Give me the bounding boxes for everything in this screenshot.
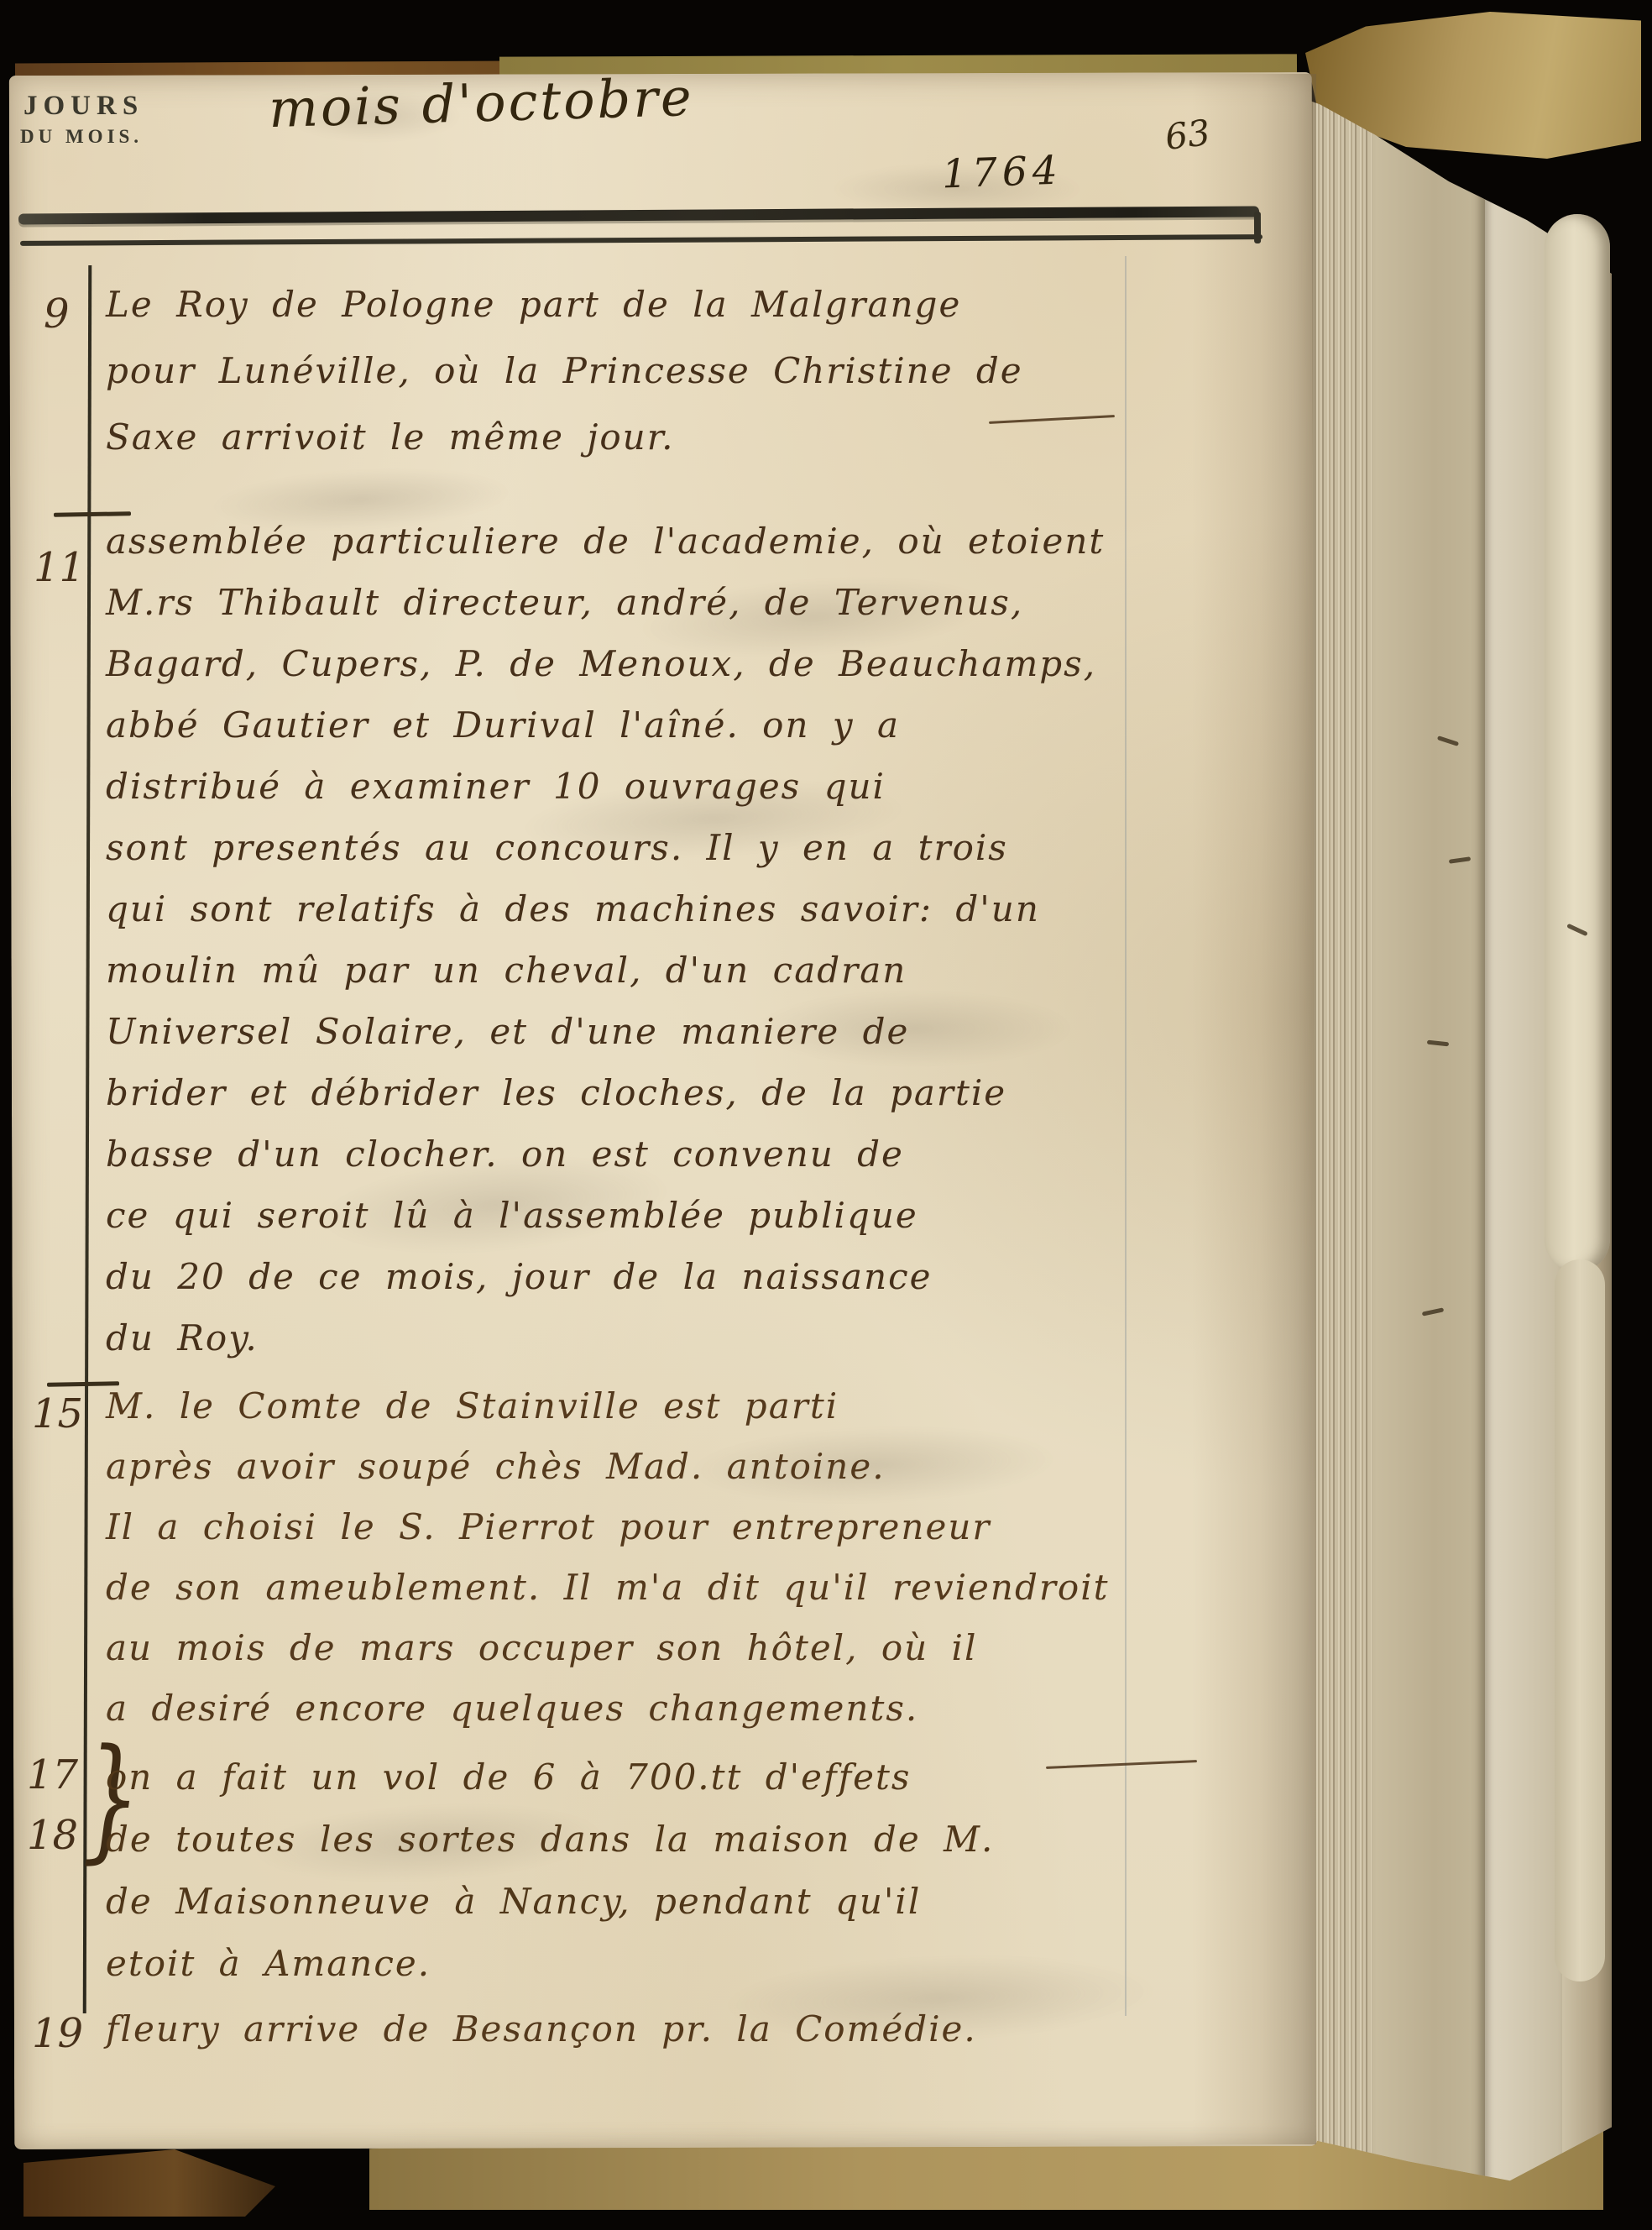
day-number-19: 19 — [32, 2010, 83, 2057]
day-number-17: 17 — [27, 1751, 78, 1798]
header-rule-end-hook — [1254, 212, 1261, 243]
entry-line: Le Roy de Pologne part de la Malgrange — [106, 284, 1306, 350]
entry-day-9: Le Roy de Pologne part de la Malgrange p… — [106, 284, 1306, 483]
printed-header-label-line2: DU MOIS. — [20, 126, 143, 148]
printed-header-label-line1: JOURS — [24, 91, 144, 122]
entry-line: de son ameublement. Il m'a dit qu'il rev… — [106, 1567, 1306, 1627]
entry-line: abbé Gautier et Durival l'aîné. on y a — [106, 704, 1306, 766]
day-number-18: 18 — [27, 1812, 78, 1859]
entry-line: M. le Comte de Stainville est parti — [106, 1385, 1306, 1446]
curled-page-edge — [1555, 1259, 1605, 1981]
entry-line: basse d'un clocher. on est convenu de — [106, 1133, 1306, 1195]
entry-line: de Maisonneuve à Nancy, pendant qu'il — [106, 1881, 1306, 1943]
curled-page-edge — [1545, 214, 1610, 1272]
entry-day-11: assemblée particuliere de l'academie, où… — [106, 521, 1306, 1379]
entry-line: Bagard, Cupers, P. de Menoux, de Beaucha… — [106, 643, 1306, 704]
entry-day-15: M. le Comte de Stainville est parti aprè… — [106, 1385, 1306, 1748]
entry-line: sont presentés au concours. Il y en a tr… — [106, 827, 1306, 888]
day-number-9: 9 — [44, 291, 70, 338]
entry-line: ce qui seroit lû à l'assemblée publique — [106, 1195, 1306, 1256]
year-label: 1764 — [941, 148, 1063, 198]
entry-line: fleury arrive de Besançon pr. la Comédie… — [106, 2008, 1306, 2070]
month-title: mois d'octobre — [268, 66, 694, 139]
entry-day-17-18: on a fait un vol de 6 à 700.tt d'effets … — [106, 1756, 1306, 2005]
page-edges-band — [1372, 49, 1485, 2191]
entry-line: après avoir soupé chès Mad. antoine. — [106, 1446, 1306, 1506]
day-number-15: 15 — [32, 1390, 83, 1437]
entry-line: Universel Solaire, et d'une maniere de — [106, 1011, 1306, 1072]
entry-line: etoit à Amance. — [106, 1943, 1306, 2005]
entry-line: du Roy. — [106, 1317, 1306, 1379]
entry-line: M.rs Thibault directeur, andré, de Terve… — [106, 582, 1306, 643]
entry-line: a desiré encore quelques changements. — [106, 1688, 1306, 1748]
entry-line: du 20 de ce mois, jour de la naissance — [106, 1256, 1306, 1317]
entry-line: distribué à examiner 10 ouvrages qui — [106, 766, 1306, 827]
entry-line: brider et débrider les cloches, de la pa… — [106, 1072, 1306, 1133]
entry-day-19: fleury arrive de Besançon pr. la Comédie… — [106, 2008, 1306, 2070]
manuscript-photo: JOURS DU MOIS. mois d'octobre 1764 63 9 … — [0, 0, 1652, 2230]
entry-line: au mois de mars occuper son hôtel, où il — [106, 1627, 1306, 1688]
entry-line: pour Lunéville, où la Princesse Christin… — [106, 350, 1306, 416]
entry-line: de toutes les sortes dans la maison de M… — [106, 1819, 1306, 1881]
entry-line: moulin mû par un cheval, d'un cadran — [106, 950, 1306, 1011]
page-number: 63 — [1163, 112, 1212, 158]
book-cover-bottom-left — [24, 2149, 275, 2217]
day-number-11: 11 — [34, 544, 85, 591]
entry-line: Il a choisi le S. Pierrot pour entrepren… — [106, 1506, 1306, 1567]
entry-line: qui sont relatifs à des machines savoir:… — [106, 888, 1306, 950]
entry-line: on a fait un vol de 6 à 700.tt d'effets — [106, 1756, 1306, 1819]
entry-line: Saxe arrivoit le même jour. — [106, 416, 1306, 483]
entry-line: assemblée particuliere de l'academie, où… — [106, 521, 1306, 582]
